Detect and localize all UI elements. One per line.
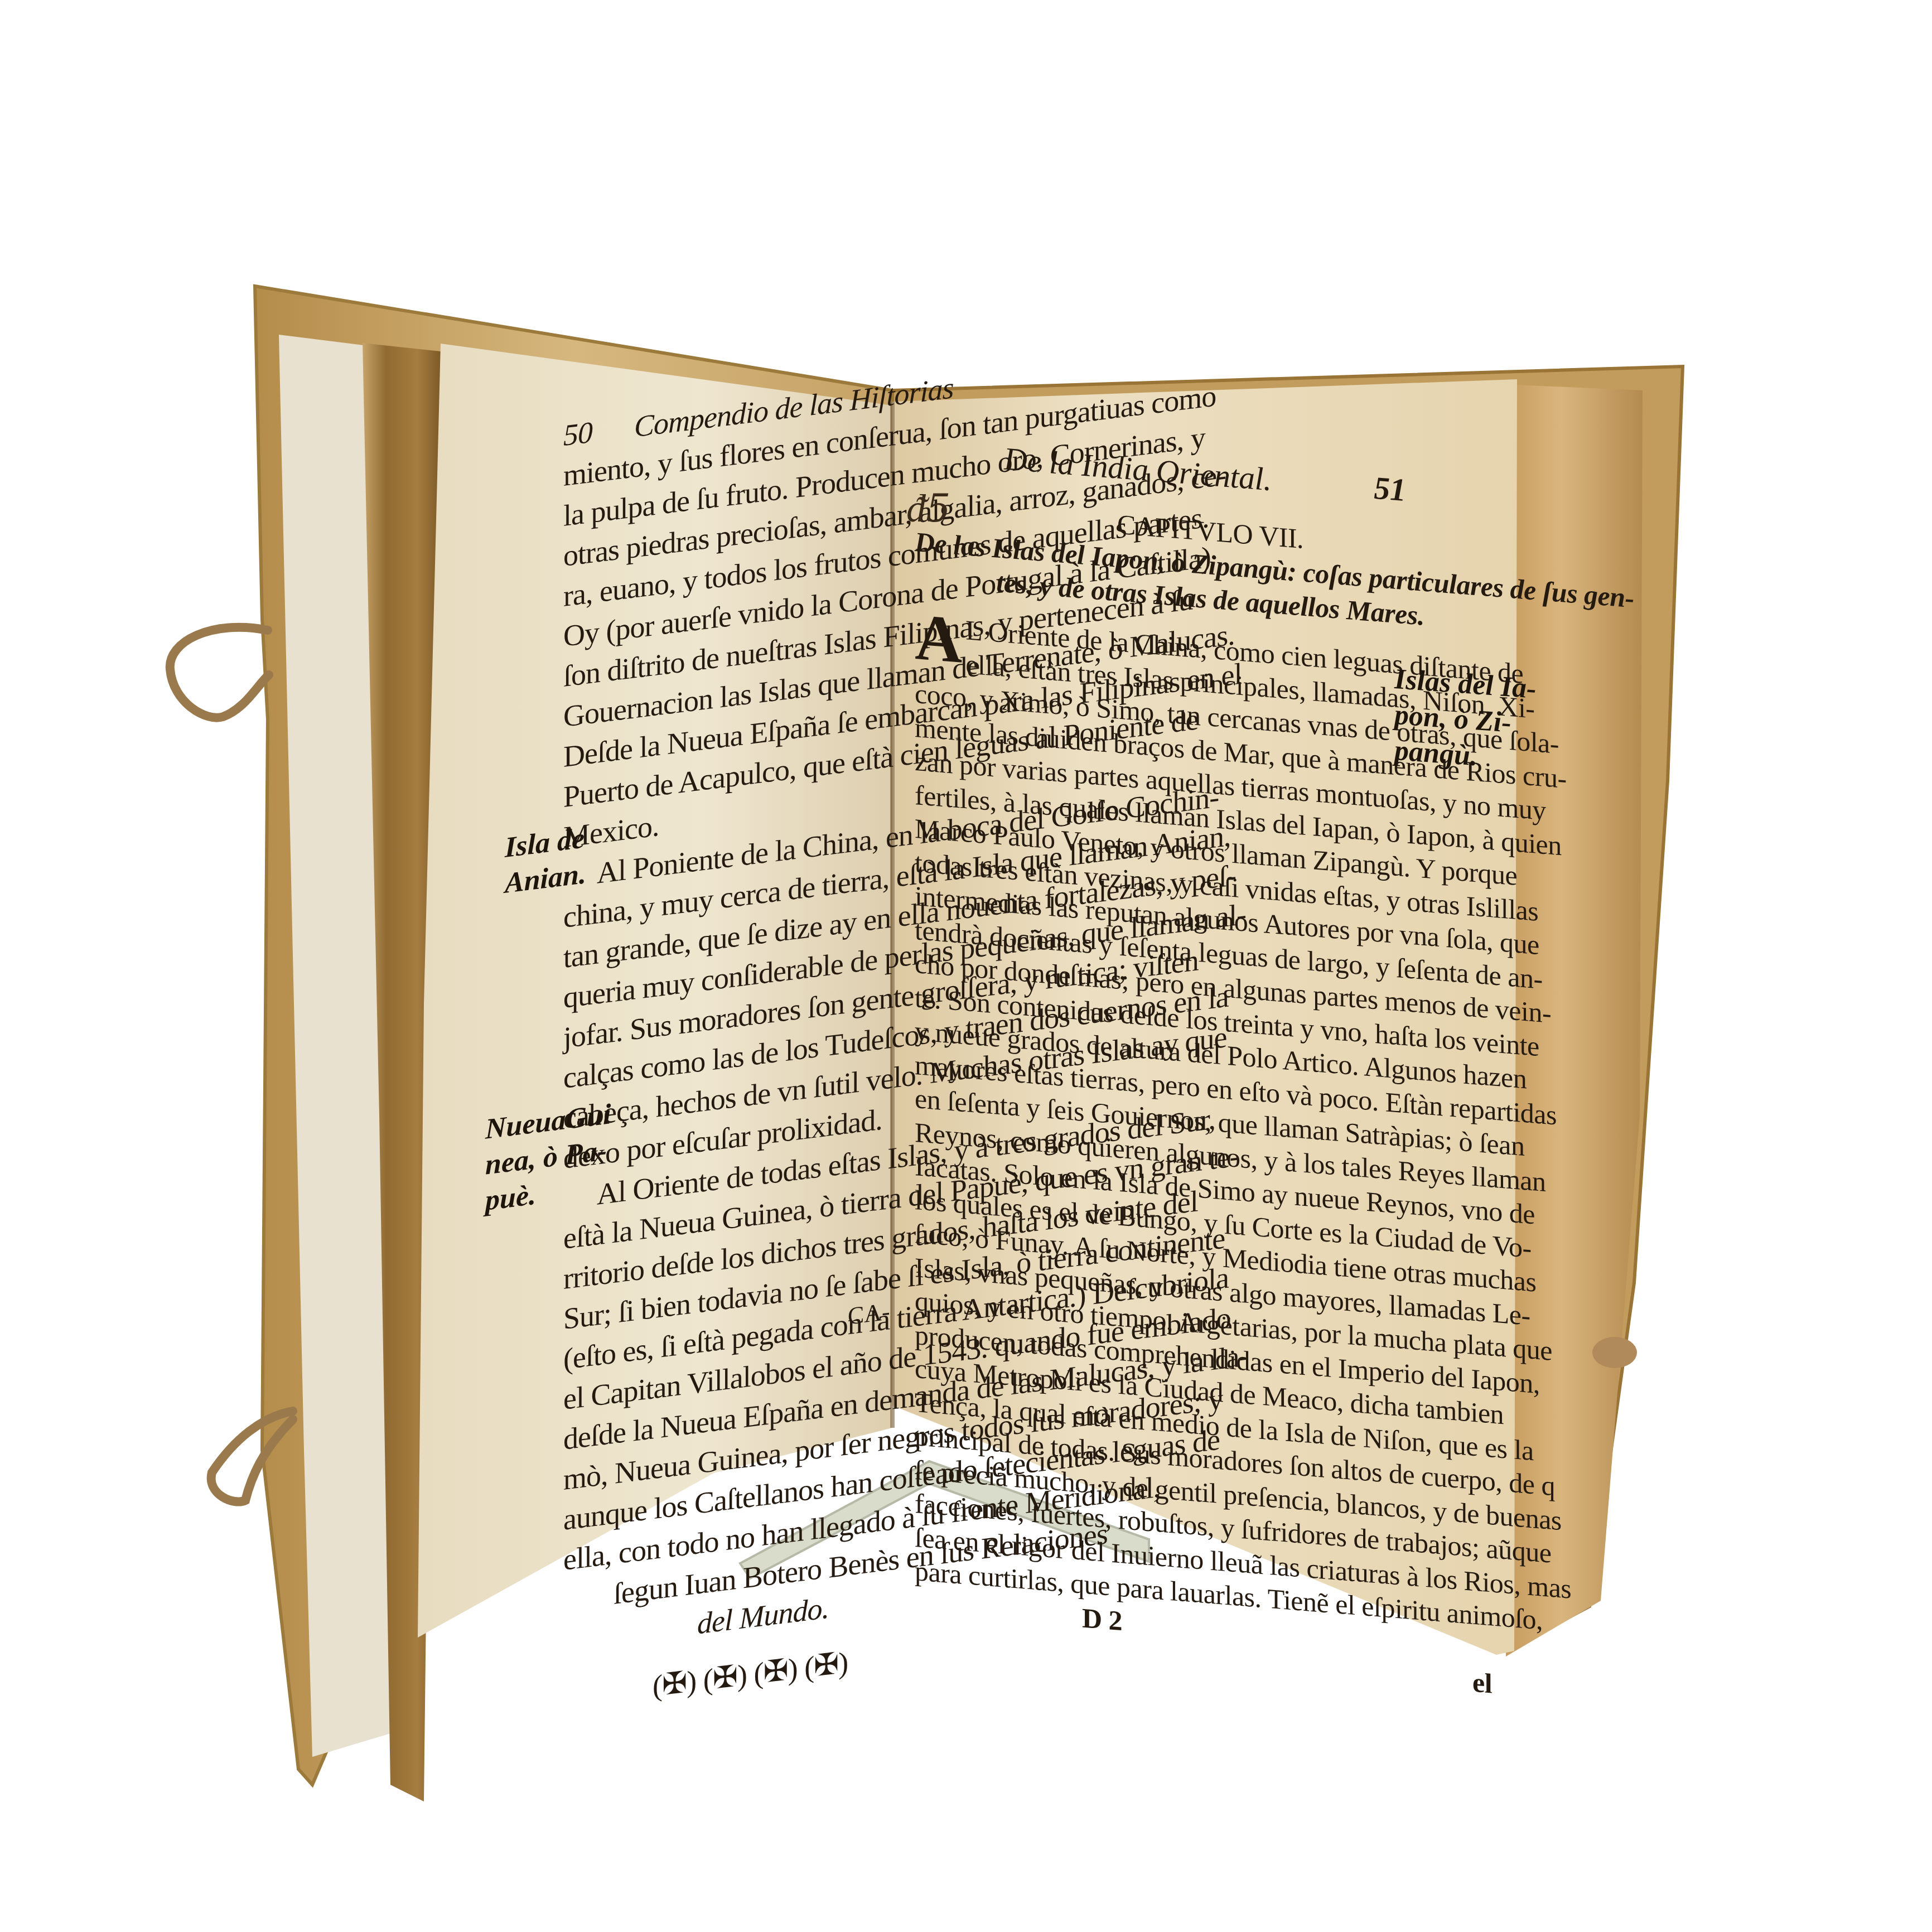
marginal-note-anian: Isla de Anian. [505,820,586,902]
drop-cap: A [915,609,962,669]
marginal-note-nueva-guinea: NueuaGui nea, ò Pa- puè. [485,1097,611,1219]
left-page-text-block: 50 Compendio de las Hiſtorias miento, y … [563,373,909,1717]
left-catchword: CA- [848,1297,890,1330]
tie-knot-right [1592,1337,1637,1368]
right-page-text-block: De la India Oriental. 51 CAPITVLO VII. D… [915,457,1506,1702]
marginal-note-japan: Islas del Ia- pon, ò Zi- pangù. [1394,661,1536,779]
left-page-number: 50 [563,416,592,452]
tie-cord-top [170,627,269,718]
handwritten-annotation: ᵭ5 [906,485,951,532]
